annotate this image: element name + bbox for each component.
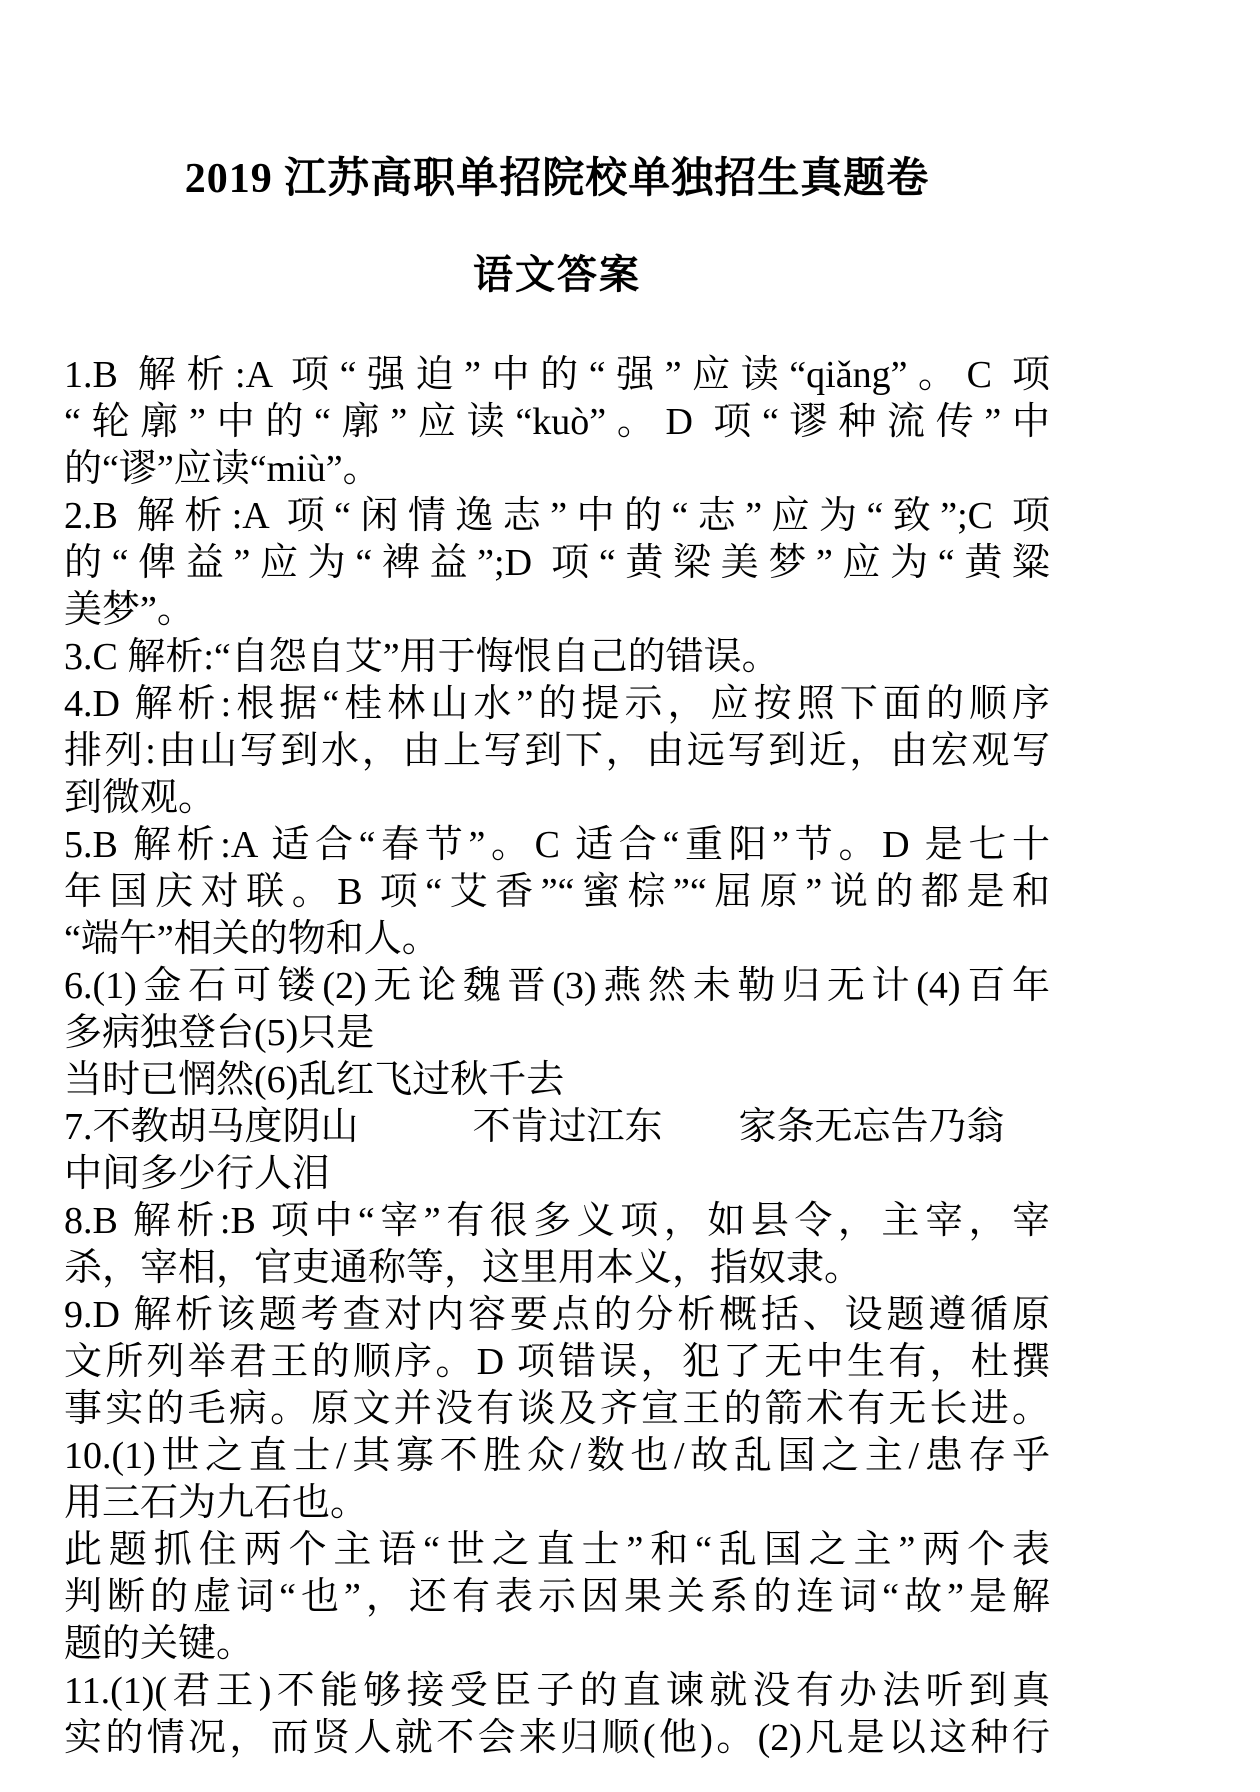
answer-line: 5.B 解析:A 适合“春节”。C 适合“重阳”节。D 是七十 [64,822,1050,869]
answer-line: 到微观。 [64,775,1050,822]
document-page: 2019 江苏高职单招院校单独招生真题卷 语文答案 1.B 解析:A 项“强迫”… [0,0,1260,1792]
answer-body: 1.B 解析:A 项“强迫”中的“强”应读“qiǎng”。C 项“轮廓”中的“廓… [64,352,1050,1762]
answer-line: 用三石为九石也。 [64,1480,1050,1527]
answer-line: “端午”相关的物和人。 [64,916,1050,963]
answer-line: 4.D 解析:根据“桂林山水”的提示，应按照下面的顺序 [64,681,1050,728]
answer-line: 美梦”。 [64,587,1050,634]
page-title: 2019 江苏高职单招院校单独招生真题卷 [64,0,1050,206]
answer-line: 11.(1)(君王)不能够接受臣子的直谏就没有办法听到真 [64,1668,1050,1715]
answer-line: 年国庆对联。B 项“艾香”“蜜棕”“屈原”说的都是和 [64,869,1050,916]
answer-line: 文所列举君王的顺序。D 项错误，犯了无中生有，杜撰 [64,1339,1050,1386]
answer-line: 的“谬”应读“miù”。 [64,446,1050,493]
answer-line: 判断的虚词“也”，还有表示因果关系的连词“故”是解 [64,1574,1050,1621]
answer-line: 排列:由山写到水，由上写到下，由远写到近，由宏观写 [64,728,1050,775]
answer-line: 实的情况，而贤人就不会来归顺(他)。(2)凡是以这种行 [64,1715,1050,1762]
answer-line: 6.(1)金石可镂(2)无论魏晋(3)燕然未勒归无计(4)百年 [64,963,1050,1010]
answer-line: 10.(1)世之直士/其寡不胜众/数也/故乱国之主/患存乎 [64,1433,1050,1480]
answer-line: 此题抓住两个主语“世之直士”和“乱国之主”两个表 [64,1527,1050,1574]
answer-line: 当时已惘然(6)乱红飞过秋千去 [64,1057,1050,1104]
answer-line: 1.B 解析:A 项“强迫”中的“强”应读“qiǎng”。C 项 [64,352,1050,399]
answer-line: 2.B 解析:A 项“闲情逸志”中的“志”应为“致”;C 项 [64,493,1050,540]
page-subtitle: 语文答案 [64,250,1050,300]
answer-line: 题的关键。 [64,1621,1050,1668]
answer-line: 事实的毛病。原文并没有谈及齐宣王的箭术有无长进。 [64,1386,1050,1433]
answer-line: 中间多少行人泪 [64,1151,1050,1198]
answer-line: “轮廓”中的“廓”应读“kuò”。D 项“谬种流传”中 [64,399,1050,446]
answer-line: 多病独登台(5)只是 [64,1010,1050,1057]
answer-line: 9.D 解析该题考查对内容要点的分析概括、设题遵循原 [64,1292,1050,1339]
answer-line: 杀，宰相，官吏通称等，这里用本义，指奴隶。 [64,1245,1050,1292]
answer-line: 7.不教胡马度阴山 不肯过江东 家条无忘告乃翁 [64,1104,1050,1151]
answer-line: 3.C 解析:“自怨自艾”用于悔恨自己的错误。 [64,634,1050,681]
answer-line: 的“俾益”应为“裨益”;D 项“黄梁美梦”应为“黄粱 [64,540,1050,587]
answer-line: 8.B 解析:B 项中“宰”有很多义项，如县令，主宰，宰 [64,1198,1050,1245]
document-content: 2019 江苏高职单招院校单独招生真题卷 语文答案 1.B 解析:A 项“强迫”… [64,0,1050,1762]
